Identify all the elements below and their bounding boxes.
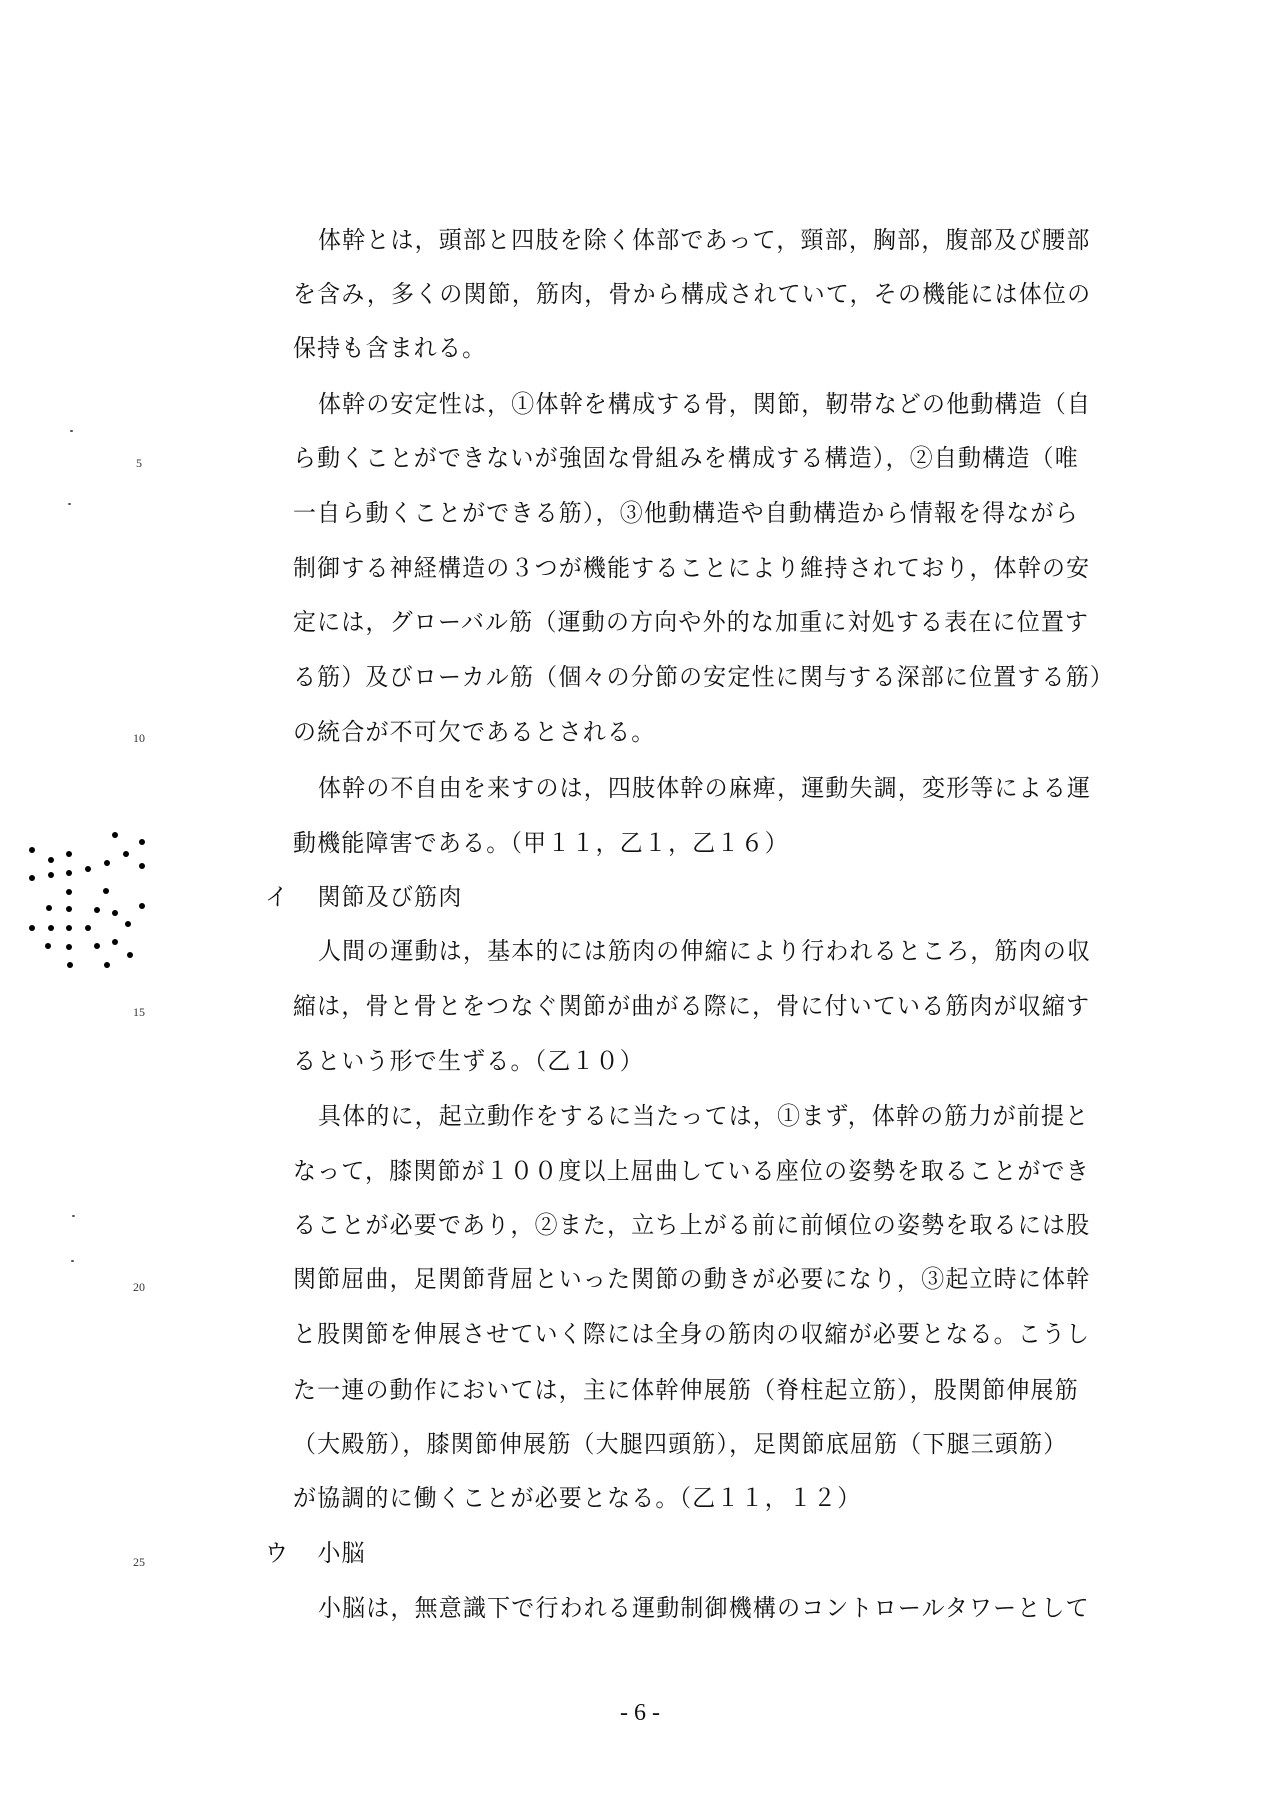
scan-speck [68,503,71,505]
section-marker: ウ [265,1533,318,1573]
text-line: ることが必要であり，②また，立ち上がる前に前傾位の姿勢を取るには股 [293,1205,1153,1245]
text-line: 動機能障害である。（甲１１，乙１，乙１６） [293,823,1153,863]
scan-speck [72,1215,75,1217]
text-line: が協調的に働くことが必要となる。（乙１１，１２） [293,1478,1153,1518]
scan-speck [70,430,73,432]
text-line: る筋）及びローカル筋（個々の分節の安定性に関与する深部に位置する筋） [293,657,1153,697]
text-line: の統合が不可欠であるとされる。 [293,712,1153,752]
text-line: た一連の動作においては，主に体幹伸展筋（脊柱起立筋），股関節伸展筋 [293,1370,1153,1410]
text-line: 人間の運動は，基本的には筋肉の伸縮により行われるところ，筋肉の収 [318,931,1178,971]
line-number: 10 [124,731,154,746]
text-line: 定には，グローバル筋（運動の方向や外的な加重に対処する表在に位置す [293,602,1153,642]
section-title: 関節及び筋肉 [318,883,463,911]
line-number: 25 [124,1555,154,1570]
text-line: るという形で生ずる。（乙１０） [293,1041,1153,1081]
line-number: 15 [124,1005,154,1020]
text-line: 縮は，骨と骨とをつなぐ関節が曲がる際に，骨に付いている筋肉が収縮す [293,986,1153,1026]
document-page: 体幹とは，頭部と四肢を除く体部であって，頸部，胸部，腹部及び腰部 を含み，多くの… [0,0,1280,1802]
text-line: 体幹の不自由を来すのは，四肢体幹の麻痺，運動失調，変形等による運 [318,768,1178,808]
text-line: 小脳は，無意識下で行われる運動制御機構のコントロールタワーとして [318,1588,1178,1628]
scan-speck [71,1260,74,1262]
text-line: 関節屈曲，足関節背屈といった関節の動きが必要になり，③起立時に体幹 [293,1259,1153,1299]
line-number: 5 [124,456,154,471]
text-line: 体幹とは，頭部と四肢を除く体部であって，頸部，胸部，腹部及び腰部 [318,220,1178,260]
text-line: 制御する神経構造の３つが機能することにより維持されており，体幹の安 [293,548,1153,588]
section-title: 小脳 [318,1539,366,1567]
text-line: なって，膝関節が１００度以上屈曲している座位の姿勢を取ることができ [293,1151,1153,1191]
text-line: と股関節を伸展させていく際には全身の筋肉の収縮が必要となる。こうし [293,1314,1153,1354]
text-line: 具体的に，起立動作をするに当たっては，①まず，体幹の筋力が前提と [318,1096,1178,1136]
line-number: 20 [124,1280,154,1295]
text-line: 体幹の安定性は，①体幹を構成する骨，関節，靭帯などの他動構造（自 [318,384,1178,424]
text-line: を含み，多くの関節，筋肉，骨から構成されていて，その機能には体位の [293,274,1153,314]
text-line: （大殿筋），膝関節伸展筋（大腿四頭筋），足関節底屈筋（下腿三頭筋） [293,1424,1153,1464]
section-heading-cerebellum: ウ小脳 [265,1533,1125,1573]
page-number: - 6 - [0,1700,1280,1727]
text-line: 保持も含まれる。 [293,328,1153,368]
section-marker: イ [265,877,318,917]
text-line: ら動くことができないが強固な骨組みを構成する構造），②自動構造（唯 [293,438,1153,478]
text-line: 一自ら動くことができる筋），③他動構造や自動構造から情報を得ながら [293,493,1153,533]
section-heading-joints-muscles: イ関節及び筋肉 [265,877,1125,917]
braille-dot-pattern-icon [20,820,170,980]
